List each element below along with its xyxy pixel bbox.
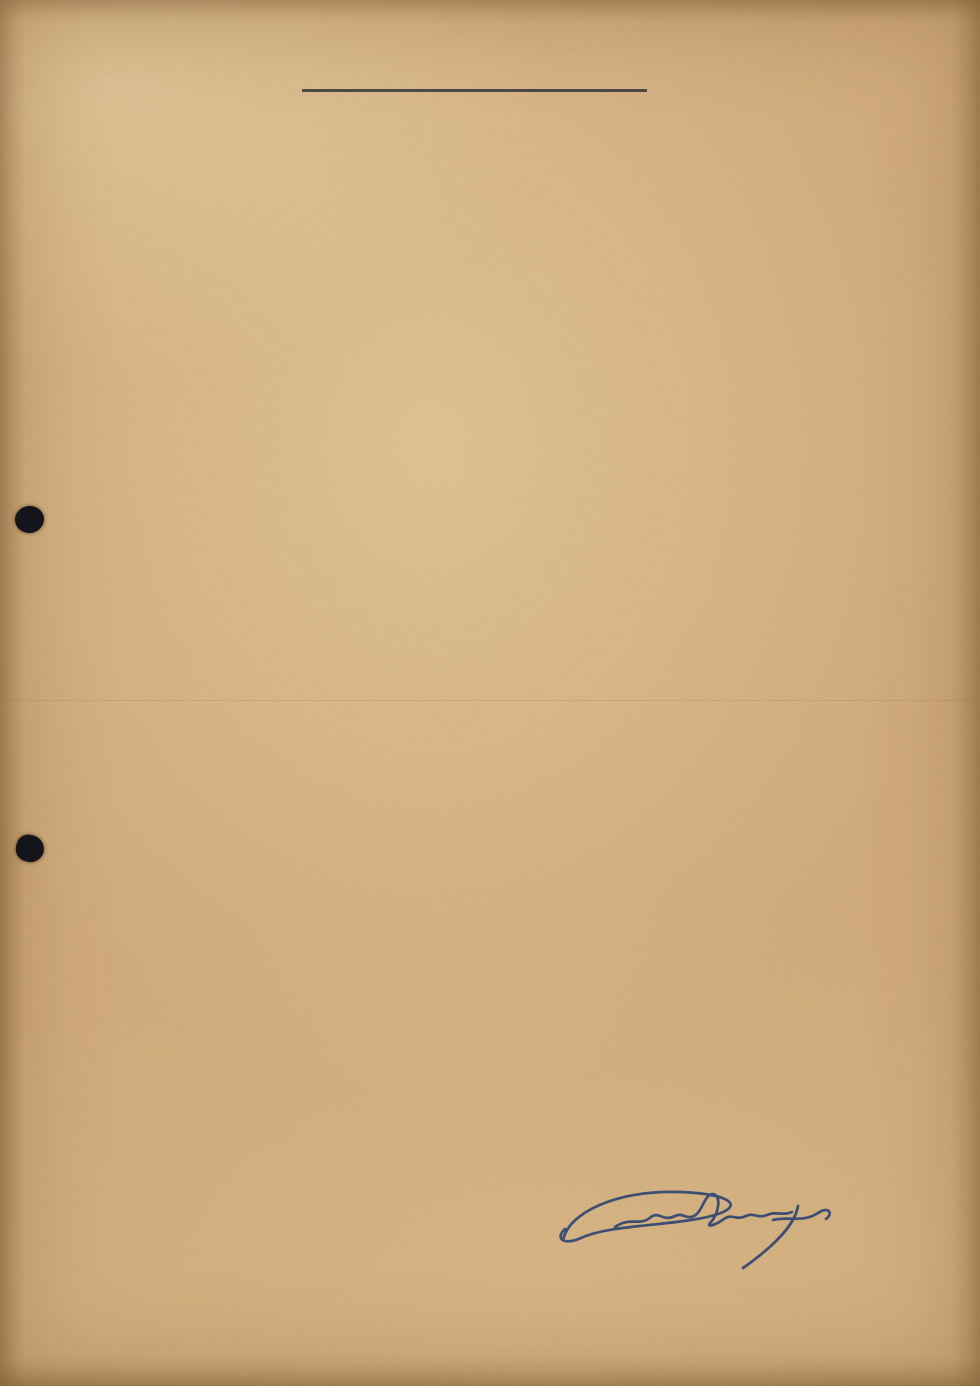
scanned-document-page (0, 0, 980, 1386)
punch-hole-bottom (13, 832, 47, 865)
signature-scribble (535, 1186, 865, 1278)
punch-hole-top (13, 504, 45, 535)
paper-grain-texture (0, 0, 980, 1386)
paper-crease (0, 700, 980, 701)
paper-speckle-layer (0, 0, 980, 1386)
document-title (302, 85, 647, 92)
